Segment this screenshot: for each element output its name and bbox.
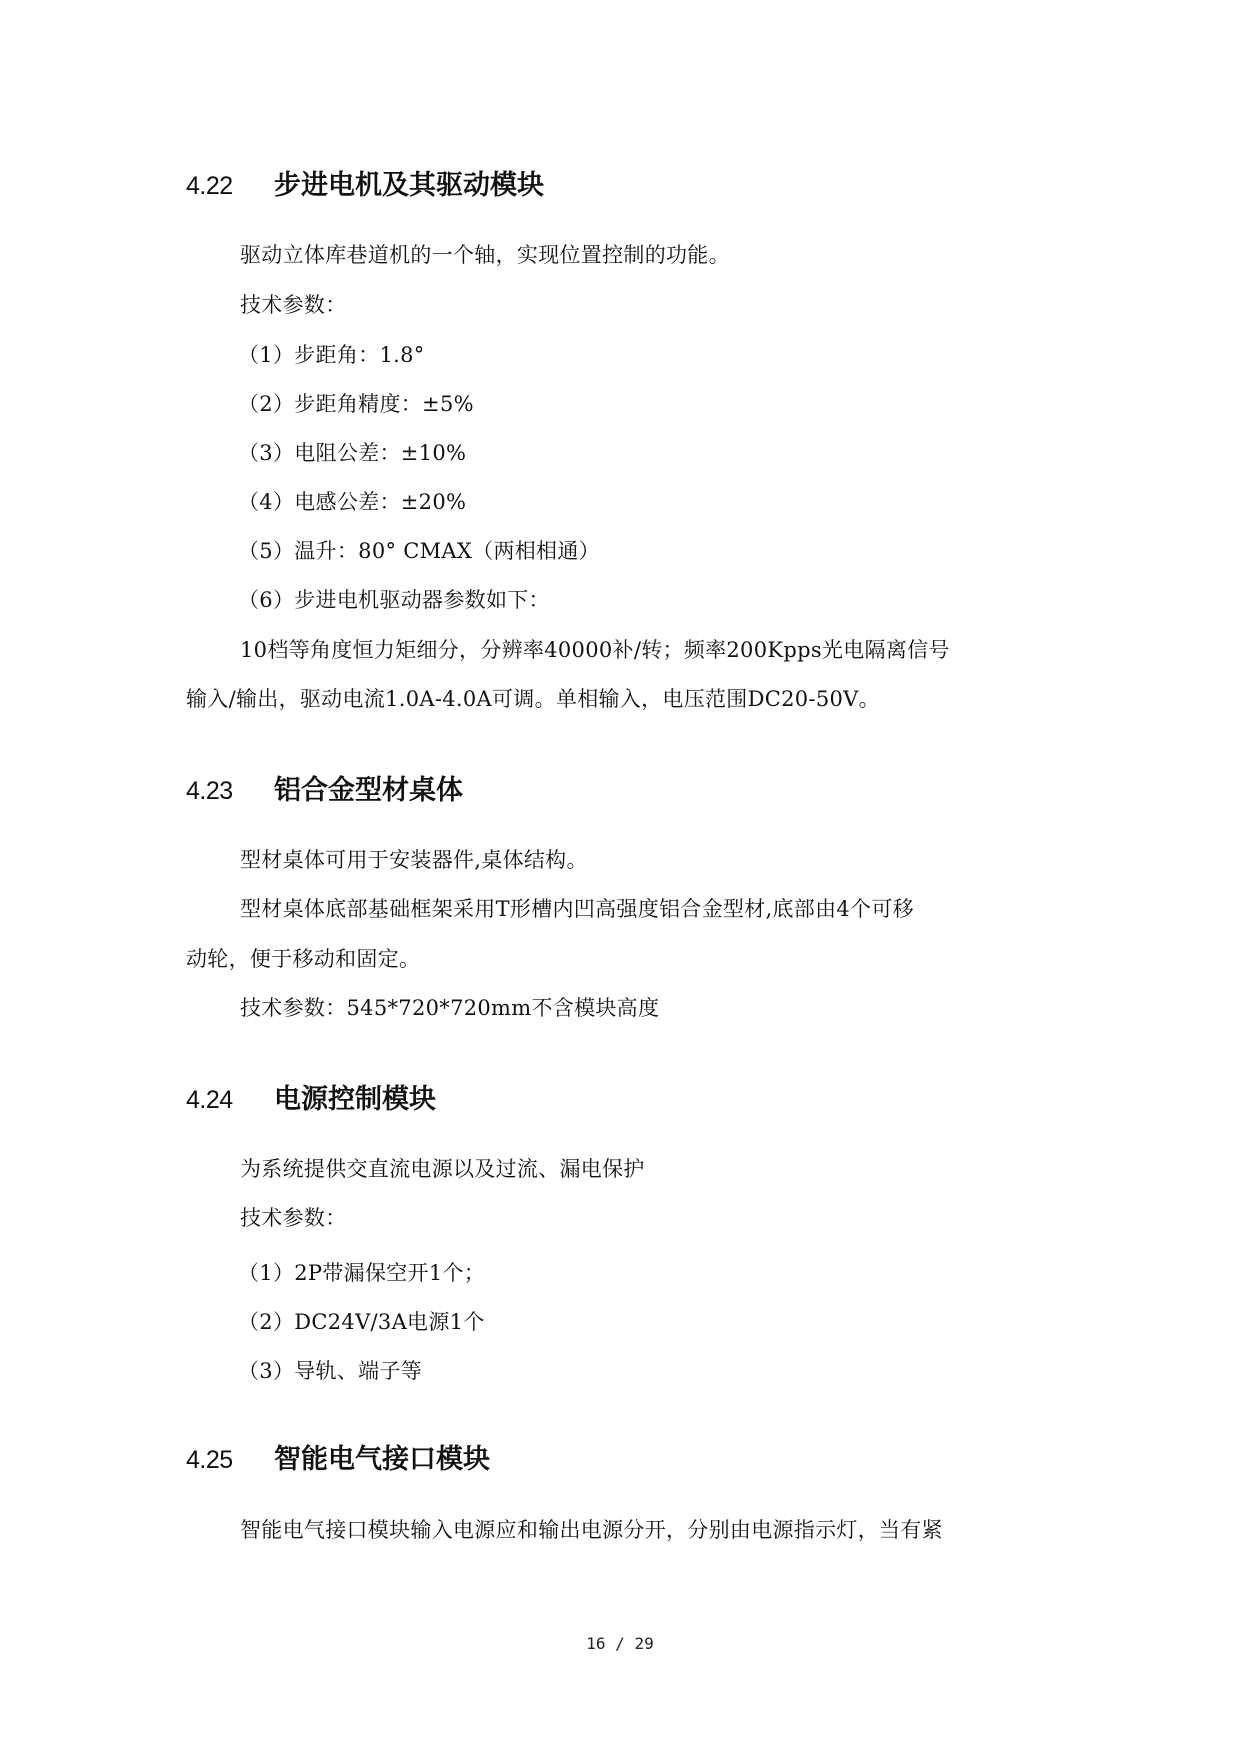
list-item: （4）电感公差：±20% [238,487,466,517]
document-page: 4.22步进电机及其驱动模块 驱动立体库巷道机的一个轴，实现位置控制的功能。 技… [0,0,1240,1755]
paragraph-line: 型材桌体底部基础框架采用T形槽内凹高强度铝合金型材,底部由4个可移 [240,894,914,924]
list-item: （5）温升：80° CMAX（两相相通） [238,536,600,566]
section-title: 铝合金型材桌体 [274,773,463,807]
section-title: 电源控制模块 [274,1082,436,1116]
list-item: （3）导轨、端子等 [238,1356,422,1386]
paragraph-line: 动轮，便于移动和固定。 [186,944,420,974]
paragraph-line: 输入/输出，驱动电流1.0A-4.0A可调。单相输入，电压范围DC20-50V。 [186,684,880,714]
section-heading-4-25: 4.25智能电气接口模块 [186,1442,490,1477]
section-number: 4.24 [186,1083,274,1117]
paragraph-line: 技术参数：545*720*720mm不含模块高度 [240,993,659,1023]
section-heading-4-23: 4.23铝合金型材桌体 [186,773,463,808]
list-item: （2）步距角精度：±5% [238,389,474,419]
list-item: （1）2P带漏保空开1个； [238,1258,485,1288]
section-title: 步进电机及其驱动模块 [274,168,544,202]
paragraph-line: 技术参数： [240,1203,347,1233]
list-item: （6）步进电机驱动器参数如下： [238,585,550,615]
section-heading-4-24: 4.24电源控制模块 [186,1082,436,1117]
section-number: 4.25 [186,1443,274,1477]
list-item: （1）步距角：1.8° [238,340,425,370]
paragraph-line: 驱动立体库巷道机的一个轴，实现位置控制的功能。 [240,240,730,270]
paragraph-line: 技术参数： [240,290,347,320]
page-number: 16 / 29 [0,1634,1240,1653]
section-number: 4.22 [186,169,274,203]
list-item: （2）DC24V/3A电源1个 [238,1307,485,1337]
paragraph-line: 为系统提供交直流电源以及过流、漏电保护 [240,1154,645,1184]
paragraph-line: 智能电气接口模块输入电源应和输出电源分开，分别由电源指示灯，当有紧 [240,1515,943,1545]
section-number: 4.23 [186,774,274,808]
list-item: （3）电阻公差：±10% [238,438,466,468]
paragraph-line: 10档等角度恒力矩细分，分辨率40000补/转；频率200Kpps光电隔离信号 [240,635,950,665]
paragraph-line: 型材桌体可用于安装器件,桌体结构。 [240,845,588,875]
section-title: 智能电气接口模块 [274,1442,490,1476]
section-heading-4-22: 4.22步进电机及其驱动模块 [186,168,544,203]
